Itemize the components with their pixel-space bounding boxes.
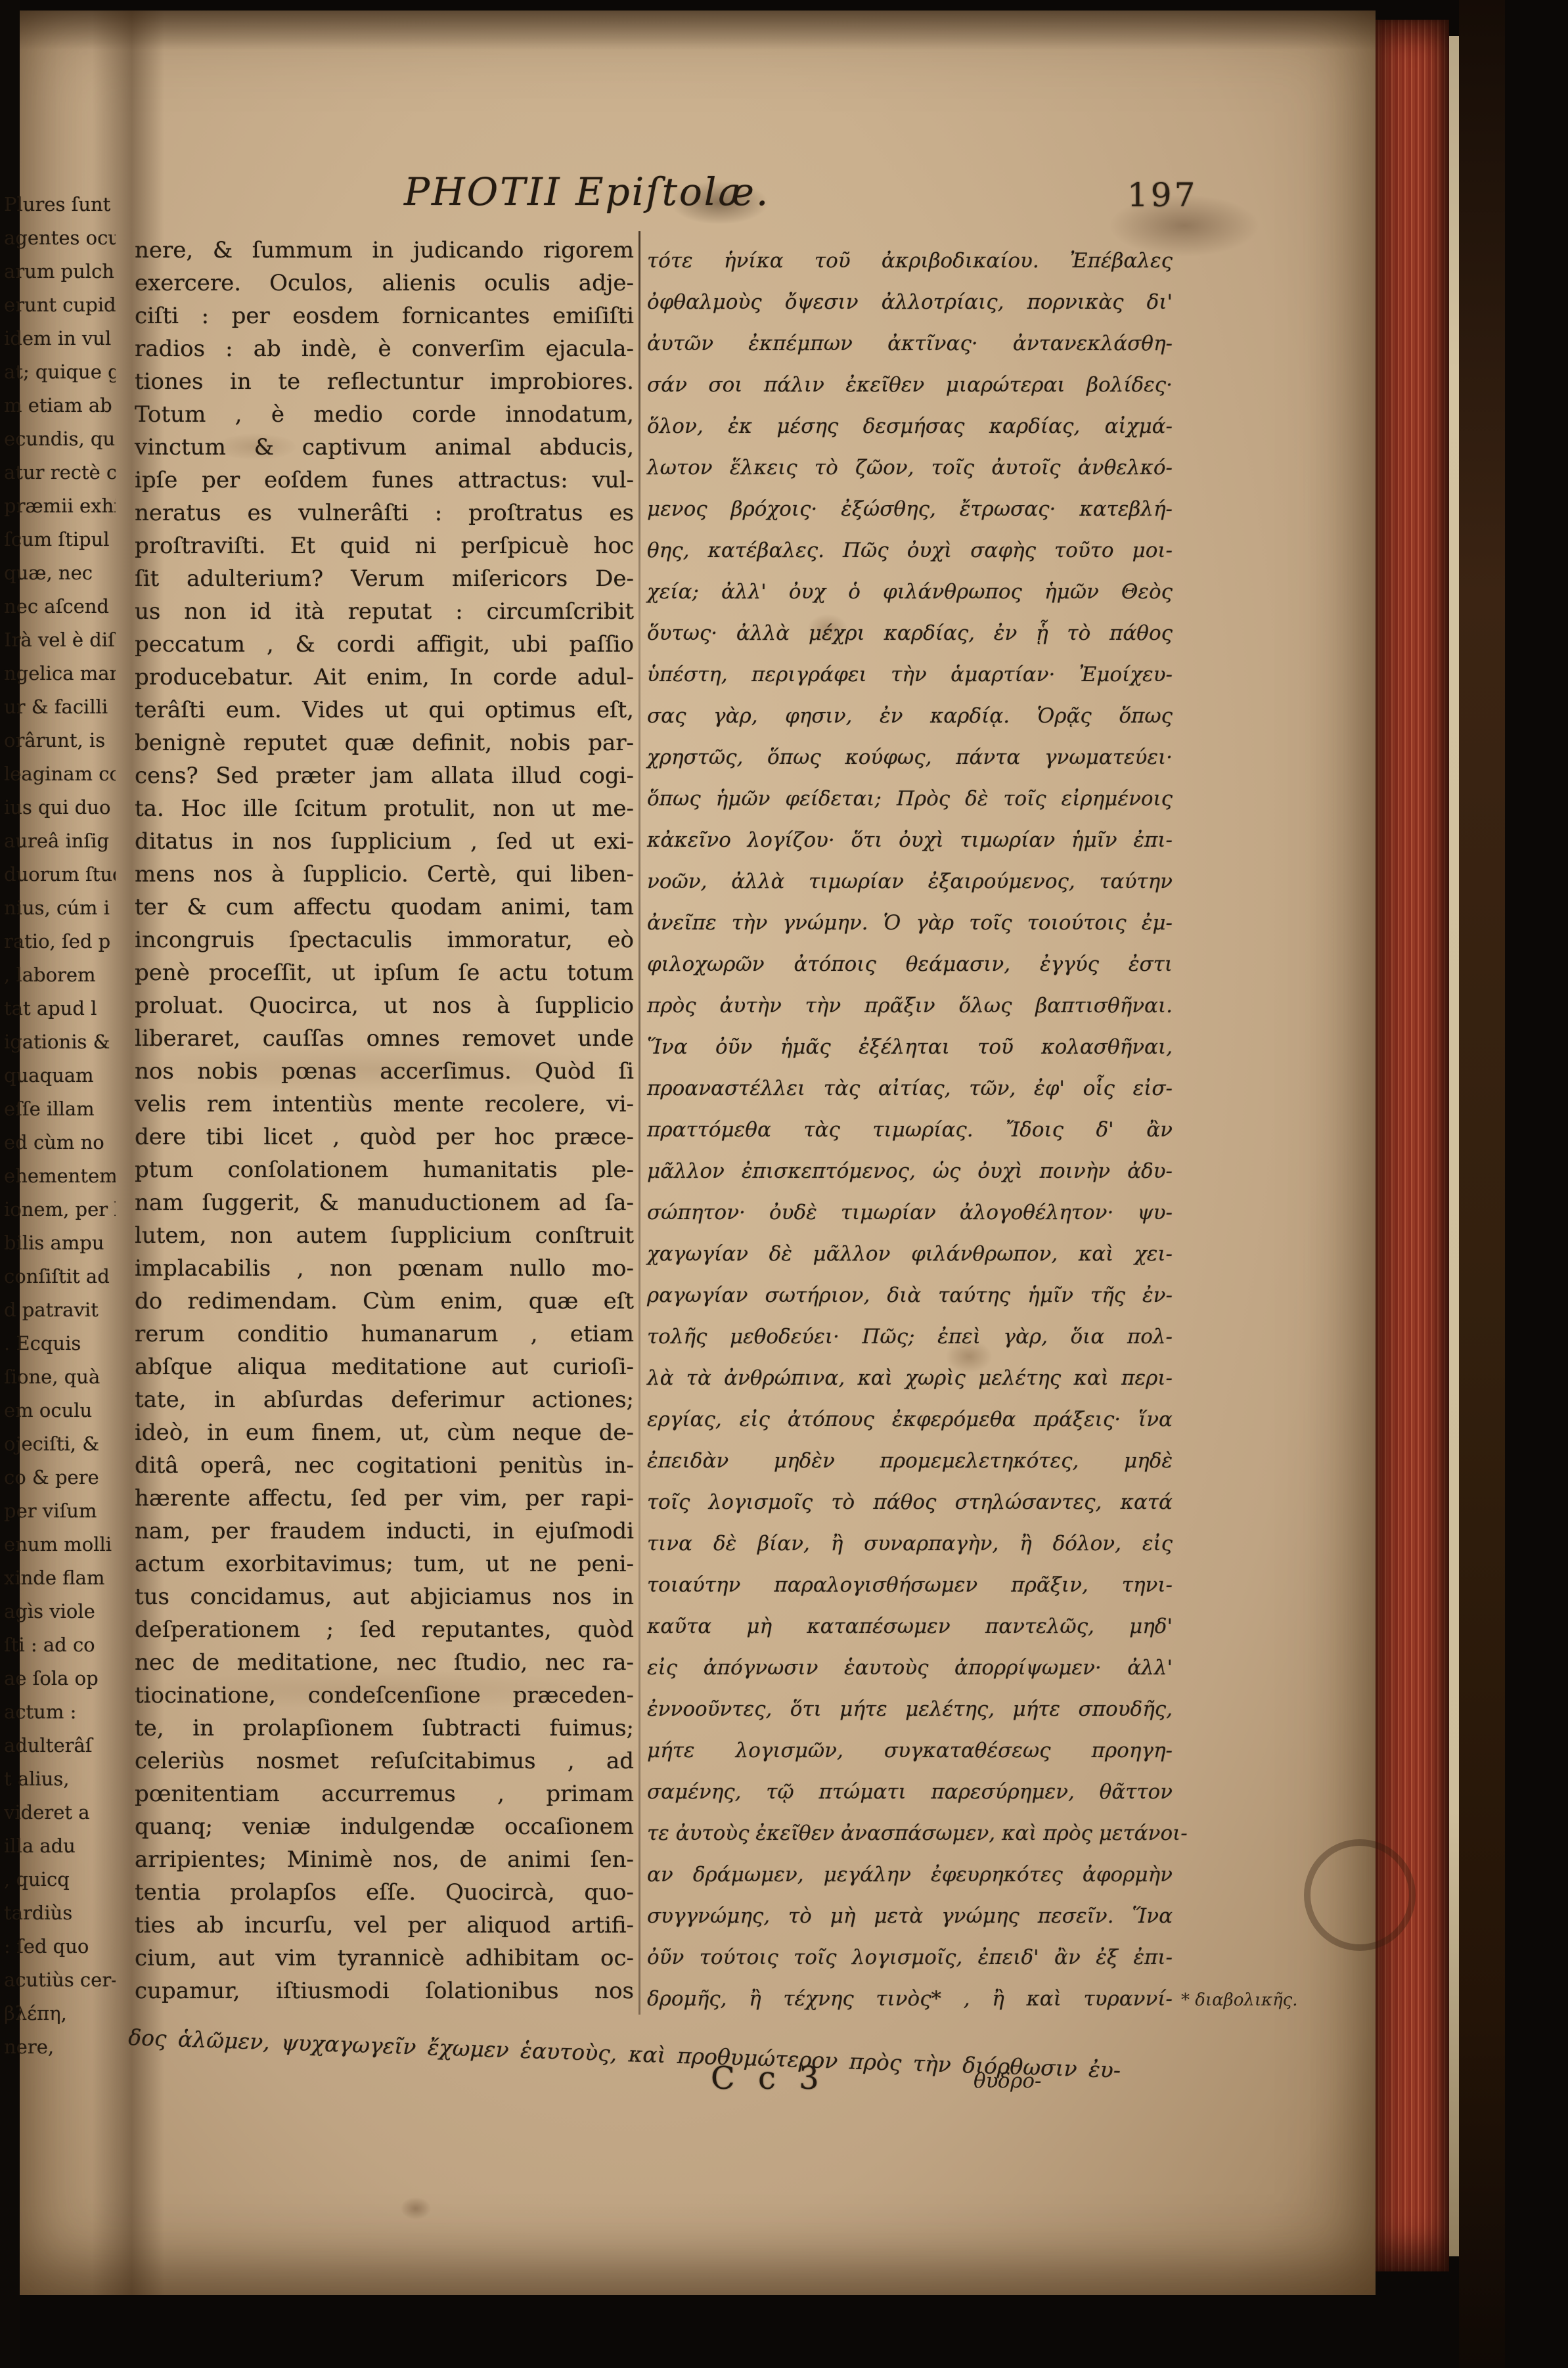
- gutter-marginalia-column: Plures ſuntagentes ocularum pulcherunt c…: [4, 188, 116, 2106]
- latin-text-line: te, in prolapſionem ſubtracti fuimus;: [135, 1712, 634, 1745]
- gutter-fragment: at; quique g: [4, 355, 116, 389]
- greek-text-line: ὅλον, ἐκ μέσης δεσμήσας καρδίας, αἰχμά-: [647, 406, 1173, 447]
- latin-text-line: tiocinatione, condeſcenſione præceden-: [135, 1679, 634, 1712]
- gutter-fragment: ſione, quà: [4, 1360, 116, 1394]
- greek-text-line: μᾶλλον ἐπισκεπτόμενος, ὡς ὀυχὶ ποινὴν ἀδ…: [647, 1151, 1173, 1192]
- latin-text-line: celeriùs nosmet reſuſcitabimus , ad: [135, 1745, 634, 1777]
- greek-text-line: ὀφθαλμοὺς ὄψεσιν ἀλλοτρίαις, πορνικὰς δι…: [647, 282, 1173, 323]
- latin-text-line: radios : ab indè, è converſim ejacula-: [135, 332, 634, 365]
- gutter-fragment: ecundis, qui: [4, 422, 116, 456]
- greek-text-line: σώπητον· ὀυδὲ τιμωρίαν ἀλογοθέλητον· ψυ-: [647, 1192, 1173, 1234]
- greek-text-line: σάν σοι πάλιν ἐκεῖθεν μιαρώτεραι βολίδες…: [647, 365, 1173, 406]
- greek-text-line: Ἵνα ὀῦν ἡμᾶς ἐξέληται τοῦ κολασθῆναι,: [647, 1027, 1173, 1068]
- gutter-fragment: ae ſola op: [4, 1662, 116, 1695]
- latin-text-line: ipſe per eoſdem funes attractus: vul-: [135, 464, 634, 497]
- gutter-fragment: quæ, nec: [4, 556, 116, 590]
- latin-text-line: terâſti eum. Vides ut qui optimus eſt,: [135, 694, 634, 726]
- catchword: θυδρο-: [974, 2069, 1042, 2093]
- gutter-fragment: agentes ocul: [4, 221, 116, 255]
- latin-text-line: ſit adulterium? Verum miſericors De-: [135, 562, 634, 595]
- running-header-title: PHOTII Epiſtolæ.: [404, 169, 746, 214]
- greek-text-line: ὑπέστη, περιγράφει τὴν ἁμαρτίαν· Ἐμοίχευ…: [647, 654, 1173, 696]
- greek-text-line: μενος βρόχοις· ἐξώσθης, ἔτρωσας· κατεβλή…: [647, 489, 1173, 530]
- latin-text-line: do redimendam. Cùm enim, quæ eſt: [135, 1285, 634, 1318]
- latin-text-line: tiones in te reflectuntur improbiores.: [135, 365, 634, 398]
- greek-text-line: σαμένης, τῷ πτώματι παρεσύρημεν, θᾶττον: [647, 1772, 1173, 1813]
- gutter-fragment: conſiſtit ad: [4, 1260, 116, 1293]
- greek-text-line: ἐννοοῦντες, ὅτι μήτε μελέτης, μήτε σπουδ…: [647, 1689, 1173, 1730]
- gutter-fragment: acutiùs cer-: [4, 1963, 116, 1997]
- gutter-fragment: t alius,: [4, 1762, 116, 1796]
- latin-text-line: nos nobis pœnas accerſimus. Quòd ſi: [135, 1055, 634, 1088]
- latin-text-line: nam ſuggerit, & manuductionem ad ſa-: [135, 1186, 634, 1219]
- greek-text-line: εἰς ἀπόγνωσιν ἑαυτοὺς ἀπορρίψωμεν· ἀλλ': [647, 1647, 1173, 1689]
- greek-text-line: πραττόμεθα τὰς τιμωρίας. Ἴδοις δ' ἂν: [647, 1109, 1173, 1151]
- greek-text-line: πρὸς ἀυτὴν τὴν πρᾶξιν ὅλως βαπτισθῆναι.: [647, 985, 1173, 1027]
- latin-text-line: proſtraviſti. Et quid ni perſpicuè hoc: [135, 529, 634, 562]
- latin-text-line: incongruis ſpectaculis immoratur, eò: [135, 924, 634, 956]
- latin-text-line: benignè reputet quæ definit, nobis par-: [135, 726, 634, 759]
- latin-text-line: cupamur, iſtiusmodi ſolationibus nos: [135, 1975, 634, 2007]
- board-edge: [1449, 36, 1459, 2256]
- greek-text-line: δρομῆς, ἢ τέχνης τινὸς* , ἢ καὶ τυραννί-: [647, 1978, 1173, 2020]
- latin-text-line: cens? Sed præter jam allata illud cogi-: [135, 759, 634, 792]
- latin-text-line: nere, & ſummum in judicando rigorem: [135, 234, 634, 267]
- latin-text-line: quanq; veniæ indulgendæ occaſionem: [135, 1810, 634, 1843]
- latin-text-column: nere, & ſummum in judicando rigoremexerc…: [135, 234, 634, 2007]
- latin-text-line: ideò, in eum finem, ut, cùm neque de-: [135, 1416, 634, 1449]
- gutter-fragment: nere,: [4, 2030, 116, 2064]
- gutter-fragment: ratio, ſed p: [4, 925, 116, 958]
- gutter-fragment: xinde flam: [4, 1561, 116, 1595]
- margin-footnote: * διαβολικῆς.: [1181, 1990, 1398, 2010]
- gutter-fragment: ur & facilli: [4, 690, 116, 724]
- latin-text-line: nec de meditatione, nec ſtudio, nec ra-: [135, 1646, 634, 1679]
- greek-text-line: ἐπειδὰν μηδὲν προμεμελετηκότες, μηδὲ: [647, 1441, 1173, 1482]
- latin-text-line: rerum conditio humanarum , etiam: [135, 1318, 634, 1351]
- latin-text-line: ter & cum affectu quodam animi, tam: [135, 891, 634, 924]
- gutter-fragment: : ſed quo: [4, 1930, 116, 1963]
- latin-text-line: Totum , è medio corde innodatum,: [135, 398, 634, 431]
- gutter-fragment: eſſe illam: [4, 1092, 116, 1126]
- gutter-fragment: ehementem: [4, 1159, 116, 1193]
- gutter-fragment: em oculu: [4, 1394, 116, 1427]
- latin-text-line: producebatur. Ait enim, In corde adul-: [135, 661, 634, 694]
- gutter-fragment: tardiùs: [4, 1896, 116, 1930]
- gathering-signature: C c 3: [711, 2060, 826, 2097]
- gutter-fragment: , laborem: [4, 958, 116, 992]
- gutter-fragment: ojeciſti, &: [4, 1427, 116, 1461]
- page-top-shadow: [17, 11, 1376, 50]
- latin-text-line: implacabilis , non pœnam nullo mo-: [135, 1252, 634, 1285]
- latin-text-line: actum exorbitavimus; tum, ut ne peni-: [135, 1548, 634, 1580]
- gutter-fragment: ionem, per l: [4, 1193, 116, 1226]
- latin-text-line: abſque aliqua meditatione aut curioſi-: [135, 1351, 634, 1383]
- latin-text-line: neratus es vulnerâſti : proſtratus es: [135, 497, 634, 529]
- latin-text-line: cium, aut vim tyrannicè adhibitam oc-: [135, 1942, 634, 1975]
- gutter-fragment: arum pulch: [4, 255, 116, 288]
- greek-text-line: τοιαύτην παραλογισθήσωμεν πρᾶξιν, τηνι-: [647, 1565, 1173, 1606]
- greek-text-line: λωτον ἕλκεις τὸ ζῶον, τοῖς ἀυτοῖς ἀνθελκ…: [647, 447, 1173, 489]
- greek-text-line: τε ἀυτοὺς ἐκεῖθεν ἀνασπάσωμεν, καὶ πρὸς …: [647, 1813, 1173, 1854]
- latin-text-line: tate, in abſurdas deferimur actiones;: [135, 1383, 634, 1416]
- latin-text-line: exercere. Oculos, alienis oculis adje-: [135, 267, 634, 300]
- gutter-fragment: d patravit: [4, 1293, 116, 1327]
- latin-text-line: arripientes; Minimè nos, de animi ſen-: [135, 1843, 634, 1876]
- greek-text-line: προαναστέλλει τὰς αἰτίας, τῶν, ἐφ' οἷς ε…: [647, 1068, 1173, 1109]
- gutter-fragment: bilis ampu: [4, 1226, 116, 1260]
- latin-text-line: hærente affectu, ſed per vim, per rapi-: [135, 1482, 634, 1515]
- latin-text-line: proluat. Quocirca, ut nos à ſupplicio: [135, 989, 634, 1022]
- gutter-fragment: Irà vel è diſc: [4, 623, 116, 657]
- greek-text-line: τολῆς μεθοδεύει· Πῶς; ἐπεὶ γὰρ, ὅια πολ-: [647, 1316, 1173, 1358]
- latin-text-line: mens nos à ſupplicio. Certè, qui liben-: [135, 858, 634, 891]
- latin-text-line: peccatum , & cordi affigit, ubi paſſio: [135, 628, 634, 661]
- column-divider-rule: [638, 231, 640, 2015]
- greek-text-line: αν δράμωμεν, μεγάλην ἐφευρηκότες ἀφορμὴν: [647, 1854, 1173, 1896]
- greek-text-line: ἀνεῖπε τὴν γνώμην. Ὁ γὰρ τοῖς τοιούτοις …: [647, 903, 1173, 944]
- gutter-fragment: leaginam co: [4, 757, 116, 791]
- greek-text-line: χεία; ἀλλ' ὀυχ ὁ φιλάνθρωπος ἡμῶν Θεὸς: [647, 571, 1173, 613]
- gutter-fragment: aureâ inſig: [4, 824, 116, 858]
- greek-text-column: τότε ἡνίκα τοῦ ἀκριβοδικαίου. Ἐπέβαλεςὀφ…: [647, 240, 1173, 2020]
- latin-text-line: vinctum & captivum animal abducis,: [135, 431, 634, 464]
- gutter-fragment: erunt cupid: [4, 288, 116, 322]
- greek-text-line: θης, κατέβαλες. Πῶς ὀυχὶ σαφὴς τοῦτο μοι…: [647, 530, 1173, 571]
- gutter-fragment: igationis &: [4, 1025, 116, 1059]
- latin-text-line: ciſti : per eosdem fornicantes emiſiſti: [135, 300, 634, 332]
- greek-text-line: τοῖς λογισμοῖς τὸ πάθος στηλώσαντες, κατ…: [647, 1482, 1173, 1523]
- gutter-fragment: enum molli: [4, 1528, 116, 1561]
- gutter-fragment: quaquam: [4, 1059, 116, 1092]
- greek-text-line: λὰ τὰ ἀνθρώπινα, καὶ χωρὶς μελέτης καὶ π…: [647, 1358, 1173, 1399]
- greek-text-line: ὅπως ἡμῶν φείδεται; Πρὸς δὲ τοῖς εἰρημέν…: [647, 778, 1173, 820]
- greek-text-line: μήτε λογισμῶν, συγκαταθέσεως προηγη-: [647, 1730, 1173, 1772]
- gutter-fragment: βλέπη,: [4, 1997, 116, 2030]
- latin-text-line: ptum conſolationem humanitatis ple-: [135, 1153, 634, 1186]
- latin-text-line: ta. Hoc ille ſcitum protulit, non ut me-: [135, 792, 634, 825]
- gutter-fragment: agìs viole: [4, 1595, 116, 1628]
- gutter-fragment: per viſum: [4, 1494, 116, 1528]
- gutter-fragment: atur rectè c: [4, 456, 116, 489]
- latin-text-line: penè proceſſit, ut ipſum ſe actu totum: [135, 956, 634, 989]
- gutter-fragment: co & pere: [4, 1461, 116, 1494]
- latin-text-line: deſperationem ; ſed reputantes, quòd: [135, 1613, 634, 1646]
- gutter-fragment: duorum ſtud: [4, 858, 116, 891]
- gutter-fragment: . Ecquis: [4, 1327, 116, 1360]
- greek-text-line: ἀυτῶν ἐκπέμπων ἀκτῖνας· ἀντανεκλάσθη-: [647, 323, 1173, 365]
- gutter-fragment: Plures ſunt: [4, 188, 116, 221]
- latin-text-line: ditatus in nos ſupplicium , ſed ut exi-: [135, 825, 634, 858]
- greek-text-line: καῦτα μὴ καταπέσωμεν παντελῶς, μηδ': [647, 1606, 1173, 1647]
- gutter-fragment: ſti : ad co: [4, 1628, 116, 1662]
- greek-text-line: χαγωγίαν δὲ μᾶλλον φιλάνθρωπον, καὶ χει-: [647, 1234, 1173, 1275]
- latin-text-line: lutem, non autem ſupplicium conſtruit: [135, 1219, 634, 1252]
- gutter-fragment: nius, cúm i: [4, 891, 116, 925]
- latin-text-line: nam, per fraudem inducti, in ejuſmodi: [135, 1515, 634, 1548]
- greek-text-line: εργίας, εἰς ἀτόπους ἐκφερόμεθα πράξεις· …: [647, 1399, 1173, 1441]
- gutter-fragment: idem in vul: [4, 322, 116, 355]
- greek-text-line: φιλοχωρῶν ἀτόποις θεάμασιν, ἐγγύς ἐστι: [647, 944, 1173, 985]
- gutter-fragment: ius qui duo: [4, 791, 116, 824]
- gutter-fragment: actum :: [4, 1695, 116, 1729]
- greek-text-line: χρηστῶς, ὅπως κούφως, πάντα γνωματεύει·: [647, 737, 1173, 778]
- latin-text-line: dere tibi licet , quòd per hoc præce-: [135, 1121, 634, 1153]
- book-photo: { "colors": { "background": "#0b0806", "…: [0, 0, 1568, 2368]
- gutter-fragment: videret a: [4, 1796, 116, 1829]
- greek-text-line: ὀῦν τούτοις τοῖς λογισμοῖς, ἐπειδ' ἂν ἐξ…: [647, 1937, 1173, 1978]
- latin-text-line: ties ab incurſu, vel per aliquod artifi-: [135, 1909, 634, 1942]
- gutter-fragment: præmii exhib: [4, 489, 116, 523]
- gutter-fragment: orârunt, is: [4, 724, 116, 757]
- latin-text-line: tentia prolapſos eſſe. Quocircà, quo-: [135, 1876, 634, 1909]
- page-number: 197: [1127, 176, 1198, 214]
- greek-text-line: κἀκεῖνο λογίζου· ὅτι ὀυχὶ τιμωρίαν ἡμῖν …: [647, 820, 1173, 861]
- greek-text-line: συγγνώμης, τὸ μὴ μετὰ γνώμης πεσεῖν. Ἵνα: [647, 1896, 1173, 1937]
- gutter-fragment: nec aſcend: [4, 590, 116, 623]
- gutter-fragment: ſcum ſtipul: [4, 523, 116, 556]
- latin-text-line: us non id ità reputat : circumſcribit: [135, 595, 634, 628]
- greek-text-line: σας γὰρ, φησιν, ἐν καρδίᾳ. Ὁρᾷς ὅπως: [647, 696, 1173, 737]
- latin-text-line: liberaret, cauſſas omnes removet unde: [135, 1022, 634, 1055]
- red-fore-edge: [1376, 20, 1449, 2271]
- latin-text-line: ditâ operâ, nec cogitationi penitùs in-: [135, 1449, 634, 1482]
- gutter-fragment: m etiam ab: [4, 389, 116, 422]
- leather-binding-edge: [1459, 0, 1505, 2368]
- gutter-fragment: illa adu: [4, 1829, 116, 1863]
- gutter-fragment: adulterâſ: [4, 1729, 116, 1762]
- gutter-fragment: ngelica man: [4, 657, 116, 690]
- latin-text-line: pœnitentiam accurremus , primam: [135, 1777, 634, 1810]
- greek-text-line: ραγωγίαν σωτήριον, διὰ ταύτης ἡμῖν τῆς ἐ…: [647, 1275, 1173, 1316]
- greek-text-line: τότε ἡνίκα τοῦ ἀκριβοδικαίου. Ἐπέβαλες: [647, 240, 1173, 282]
- gutter-fragment: tat apud l: [4, 992, 116, 1025]
- greek-text-line: νοῶν, ἀλλὰ τιμωρίαν ἐξαιρούμενος, ταύτην: [647, 861, 1173, 903]
- greek-text-line: τινα δὲ βίαν, ἢ συναρπαγὴν, ἢ δόλον, εἰς: [647, 1523, 1173, 1565]
- gutter-fragment: ed cùm no: [4, 1126, 116, 1159]
- latin-text-line: velis rem intentiùs mente recolere, vi-: [135, 1088, 634, 1121]
- gutter-fragment: , quicq: [4, 1863, 116, 1896]
- greek-text-line: ὅυτως· ἀλλὰ μέχρι καρδίας, ἐν ᾗ τὸ πάθος: [647, 613, 1173, 654]
- latin-text-line: tus concidamus, aut abjiciamus nos in: [135, 1580, 634, 1613]
